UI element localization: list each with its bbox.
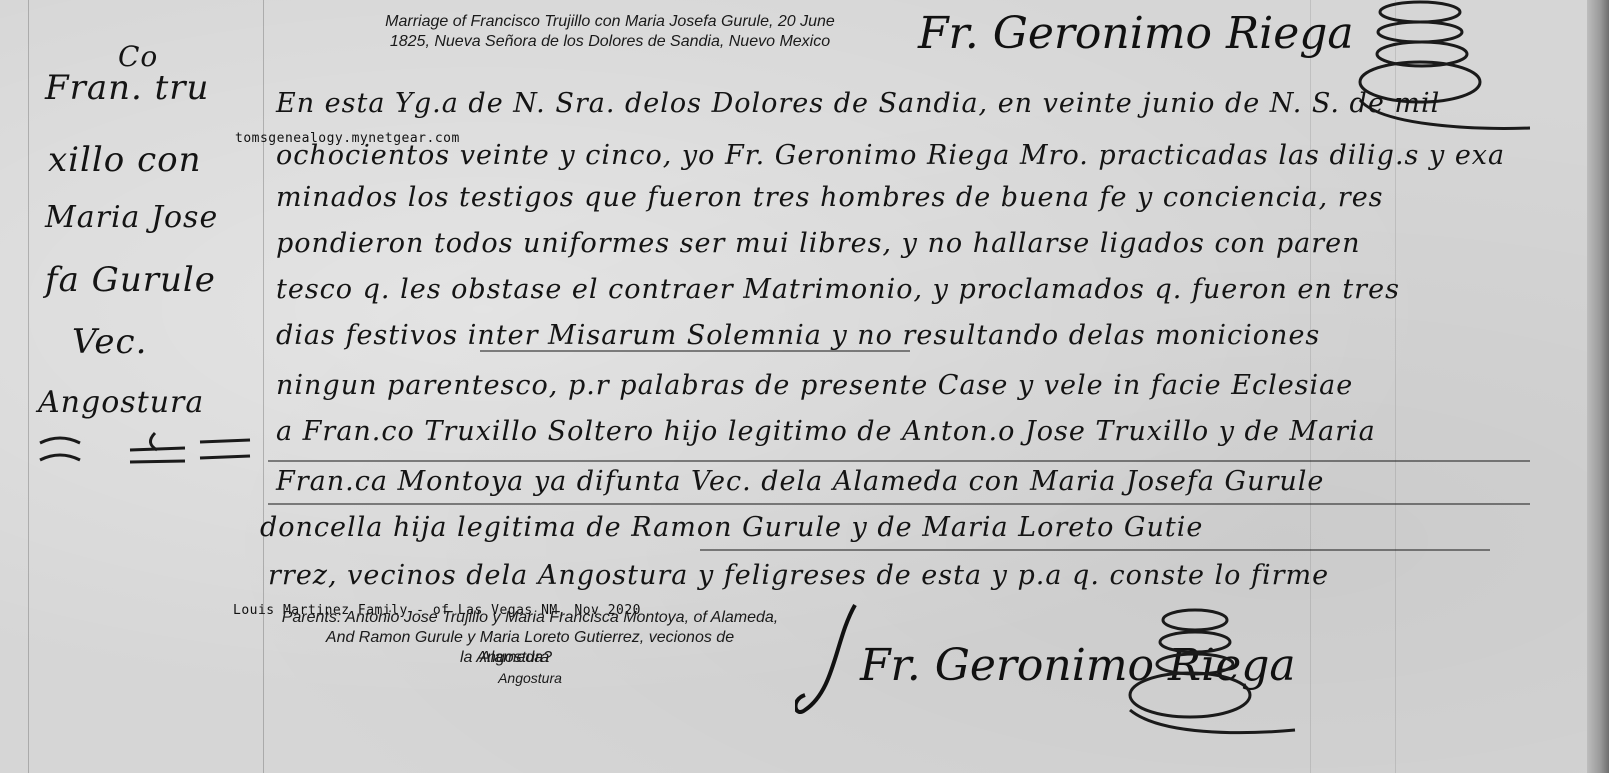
underline [268, 460, 1530, 462]
rubric-flourish-icon [1070, 600, 1300, 740]
caption-bottom-line2: And Ramon Gurule y Maria Loreto Gutierre… [220, 628, 840, 648]
margin-note-line: xillo con [48, 140, 201, 180]
margin-note-line: Maria Jose [45, 200, 218, 235]
manuscript-line: minados los testigos que fueron tres hom… [276, 182, 1384, 213]
document-scan: Marriage of Francisco Trujillo con Maria… [0, 0, 1609, 773]
manuscript-line: dias festivos inter Misarum Solemnia y n… [276, 320, 1320, 351]
manuscript-line: doncella hija legitima de Ramon Gurule y… [260, 512, 1203, 543]
underline [480, 350, 910, 352]
manuscript-line: rrez, vecinos dela Angostura y feligrese… [268, 560, 1329, 591]
caption-bottom-line3b: Alameda? [480, 648, 552, 668]
page-rule [28, 0, 29, 773]
margin-note-line: fa Gurule [45, 260, 216, 300]
manuscript-line: pondieron todos uniformes ser mui libres… [276, 228, 1361, 259]
caption-bottom-line3: la Angostura Alameda? [220, 648, 840, 668]
manuscript-line: a Fran.co Truxillo Soltero hijo legitimo… [276, 416, 1376, 447]
margin-note-line: Angostura [38, 385, 204, 420]
manuscript-line: tesco q. les obstase el contraer Matrimo… [276, 274, 1400, 305]
underline [700, 549, 1490, 551]
manuscript-line: En esta Yg.a de N. Sra. delos Dolores de… [276, 88, 1440, 119]
caption-bottom: Parents: Antonio Jose Trujillo y Maria F… [220, 608, 840, 688]
signature-top: Fr. Geronimo Riega [918, 8, 1354, 59]
caption-top: Marriage of Francisco Trujillo con Maria… [320, 12, 900, 52]
margin-flourish-icon [35, 428, 255, 468]
caption-bottom-line4: Angostura [220, 668, 840, 688]
caption-top-line1: Marriage of Francisco Trujillo con Maria… [320, 12, 900, 32]
manuscript-line: ochocientos veinte y cinco, yo Fr. Geron… [276, 140, 1505, 171]
margin-note-line: Fran. tru [45, 68, 209, 108]
caption-top-line2: 1825, Nueva Señora de los Dolores de San… [320, 32, 900, 52]
page-edge [1587, 0, 1609, 773]
margin-note-line: Vec. [72, 322, 147, 362]
manuscript-line: ningun parentesco, p.r palabras de prese… [276, 370, 1353, 401]
caption-bottom-line1: Parents: Antonio Jose Trujillo y Maria F… [220, 608, 840, 628]
underline [268, 503, 1530, 505]
manuscript-line: Fran.ca Montoya ya difunta Vec. dela Ala… [276, 466, 1324, 497]
signature-flourish-icon [795, 600, 875, 720]
